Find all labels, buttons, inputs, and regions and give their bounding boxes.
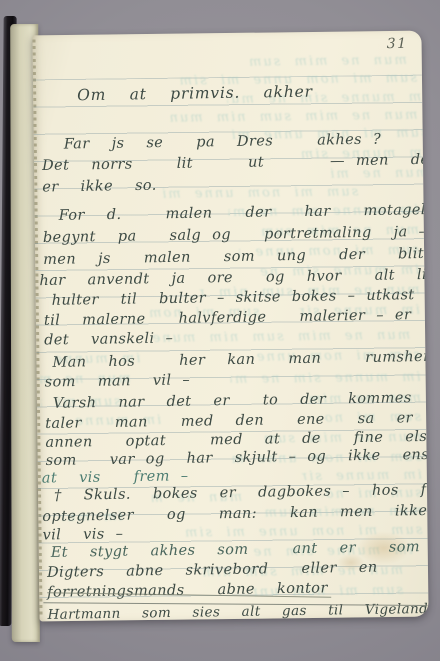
manuscript-line: Far js se pa Dres akhes ?	[64, 132, 382, 153]
manuscript-line: Digters abne skrivebord eller en	[47, 560, 378, 581]
manuscript-line: har anvendt ja ore og hvor alt ligger	[39, 266, 428, 289]
manuscript-line: til malerne halvferdige malerier – er	[44, 307, 412, 329]
manuscript-text: Om at primvis. akherFar js se pa Dres ak…	[32, 31, 428, 622]
manuscript-line: er ikke so.	[42, 178, 157, 196]
manuscript-line: vil vis –	[42, 526, 123, 543]
manuscript-line: Man hos her kan man rumsheres	[52, 349, 428, 371]
manuscript-line: men js malen som ung der blit	[43, 246, 424, 268]
manuscript-line: begynt pa salg og portretmaling ja —	[43, 224, 429, 246]
manuscript-line: Om at primvis. akher	[77, 83, 313, 105]
manuscript-line: hulter til bulter – skitse bokes – utkas…	[52, 287, 415, 309]
manuscript-line: som man vil –	[45, 372, 191, 390]
manuscript-line: at vis frem –	[42, 468, 189, 486]
page-number: 31	[387, 36, 408, 52]
manuscript-line: optegnelser og man: kan men ikke	[42, 503, 427, 525]
manuscript-line: For d. malen der har motagelses akher	[59, 201, 429, 224]
manuscript-line: Det norrs lit ut — men det	[42, 152, 429, 174]
manuscript-line: det vanskeli –	[44, 330, 173, 348]
notebook-page: mun ne mim sum nim mune mim nesum mi nom…	[32, 31, 428, 622]
manuscript-line: forretningsmands abne kontor	[47, 580, 328, 600]
manuscript-line: Varsh nar det er to der kommes	[53, 390, 412, 412]
manuscript-line: taler man med den ene sa er den	[45, 409, 429, 432]
